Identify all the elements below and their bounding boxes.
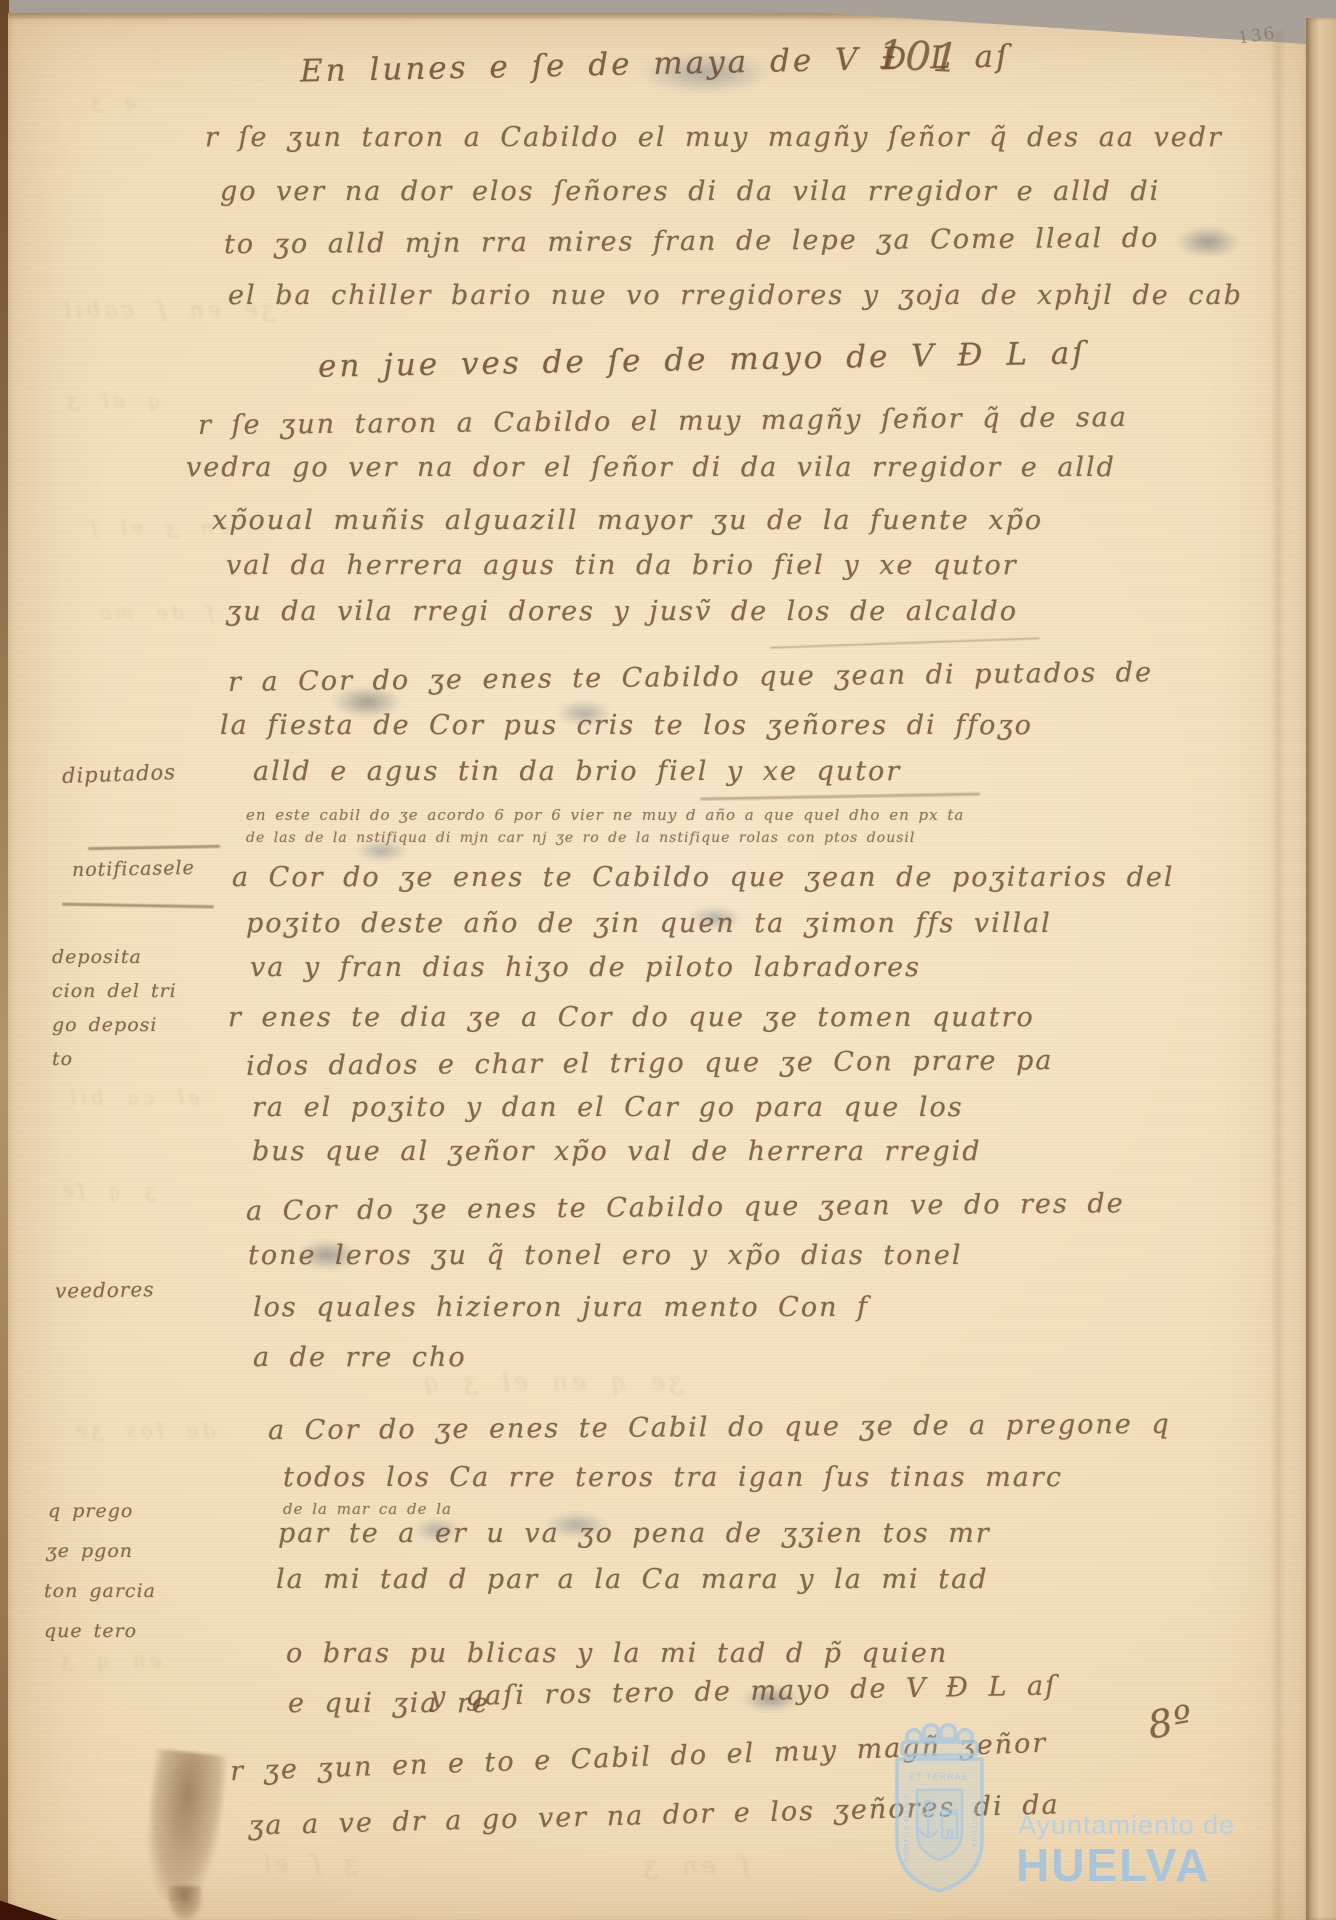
margin-note-pregon: ton garcia xyxy=(44,1580,156,1602)
manuscript-line: todos los Ca rre teros tra igan ſus tina… xyxy=(283,1462,1063,1493)
scanned-manuscript: ʒe en ſ cabil q el ʒ en ʒ el ſ ſ de ma e… xyxy=(0,0,1336,1920)
manuscript-line: la fiesta de Cor pus cris te los ʒeñores… xyxy=(220,710,1033,741)
manuscript-line: ʒu da vila rregi dores y jusṽ de los de … xyxy=(226,596,1018,627)
manuscript-line: poʒito deste año de ʒin quen ta ʒimon ff… xyxy=(246,908,1052,939)
manuscript-line: el ba chiller bario nue vo rregidores y … xyxy=(228,280,1243,311)
smudge xyxy=(1176,226,1240,258)
bleedthrough-text: q ʒ xyxy=(88,92,136,113)
manuscript-line: va y fran dias hiʒo de piloto labradores xyxy=(250,952,921,983)
margin-note-notificasele: notificasele xyxy=(72,857,195,881)
crest-motto-right: CUSTODIA xyxy=(970,1802,979,1849)
margin-note-deposito: deposita xyxy=(52,946,142,968)
margin-note-pregon: q prego xyxy=(48,1500,133,1522)
manuscript-line: ra el poʒito y dan el Car go para que lo… xyxy=(252,1092,964,1123)
manuscript-line: tone leros ʒu q̃ tonel ero y xp̃o dias t… xyxy=(248,1240,963,1271)
folio-number-ink: 101 xyxy=(877,32,962,82)
margin-note-pregon: que tero xyxy=(44,1620,137,1642)
manuscript-line: la mi tad d par a la Ca mara y la mi tad xyxy=(276,1564,989,1595)
manuscript-line: r enes te dia ʒe a Cor do que ʒe tomen q… xyxy=(228,1002,1035,1033)
manuscript-line: vedra go ver na dor el ſeñor di da vila … xyxy=(186,452,1116,483)
page-edge-sliver xyxy=(1306,18,1336,1920)
margin-note-veedores: veedores xyxy=(55,1277,155,1303)
bleedthrough-text: ſ de ma xyxy=(96,602,214,624)
small-insert-line: de las de la nstifiqua di mjn car nj ʒe … xyxy=(246,830,915,846)
bleedthrough-text: ʒ q ſe xyxy=(58,1178,156,1202)
manuscript-line: par te a er u va ʒo pena de ʒʒien tos mr xyxy=(278,1518,991,1549)
ink-blot xyxy=(168,1886,202,1920)
manuscript-line: a de rre cho xyxy=(253,1342,467,1373)
manuscript-line: to ʒo alld mjn rra mires fran de lepe ʒa… xyxy=(224,223,1160,261)
bleedthrough-text: ſ en ʒ xyxy=(640,1852,749,1880)
bleedthrough-text: ʒ ſ el xyxy=(260,1852,357,1877)
margin-note-deposito: cion del tri xyxy=(52,980,177,1002)
crest-motto-left: PORTUS MARIS xyxy=(902,1793,911,1862)
bleedthrough-text: de los ʒe xyxy=(72,1418,215,1442)
watermark-org-text: Ayuntamiento de xyxy=(1018,1810,1235,1841)
margin-note-deposito: to xyxy=(52,1048,73,1070)
manuscript-line: los quales hizieron jura mento Con f xyxy=(253,1292,869,1323)
bleedthrough-text: en q ʒ xyxy=(58,1648,162,1672)
bleedthrough-text: q el ʒ xyxy=(64,388,161,412)
bleedthrough-text: en ʒ el ſ xyxy=(86,515,230,539)
manuscript-line: xp̃oual muñis alguazill mayor ʒu de la f… xyxy=(212,505,1043,536)
manuscript-line: a Cor do ʒe enes te Cabil do que ʒe de a… xyxy=(268,1409,1171,1446)
manuscript-line: a Cor do ʒe enes te Cabildo que ʒean de … xyxy=(232,862,1175,893)
small-insert-line: en este cabil do ʒe acordo 6 por 6 vier … xyxy=(246,806,964,824)
manuscript-line: r ſe ʒun taron a Cabildo el muy magñy ſe… xyxy=(205,122,1223,153)
manuscript-line: alld e agus tin da brio fiel y xe qutor xyxy=(253,756,901,787)
bleedthrough-text: el ca bil xyxy=(66,1085,200,1109)
manuscript-line: o bras pu blicas y la mi tad d p̃ quien xyxy=(286,1638,948,1669)
margin-note-deposito: go deposi xyxy=(52,1014,157,1036)
manuscript-line: bus que al ʒeñor xp̃o val de herrera rre… xyxy=(252,1136,982,1167)
manuscript-line: idos dados e char el trigo que ʒe Con pr… xyxy=(246,1045,1054,1082)
manuscript-line: val da herrera agus tin da brio fiel y x… xyxy=(226,550,1018,581)
crest-motto-top: ET TERRAE xyxy=(909,1772,968,1782)
huelva-crest-icon: ET TERRAE PORTUS MARIS CUSTODIA xyxy=(872,1712,1012,1920)
margin-note-diputados: diputados xyxy=(62,760,177,788)
page-crease xyxy=(1270,30,1286,1920)
margin-note-pregon: ʒe pgon xyxy=(46,1540,133,1562)
watermark-city-text: HUELVA xyxy=(1016,1838,1210,1892)
manuscript-line: go ver na dor elos ſeñores di da vila rr… xyxy=(220,176,1160,207)
signature-flourish: 8º xyxy=(1145,1696,1198,1747)
small-insert-line: de la mar ca de la xyxy=(283,1500,452,1518)
